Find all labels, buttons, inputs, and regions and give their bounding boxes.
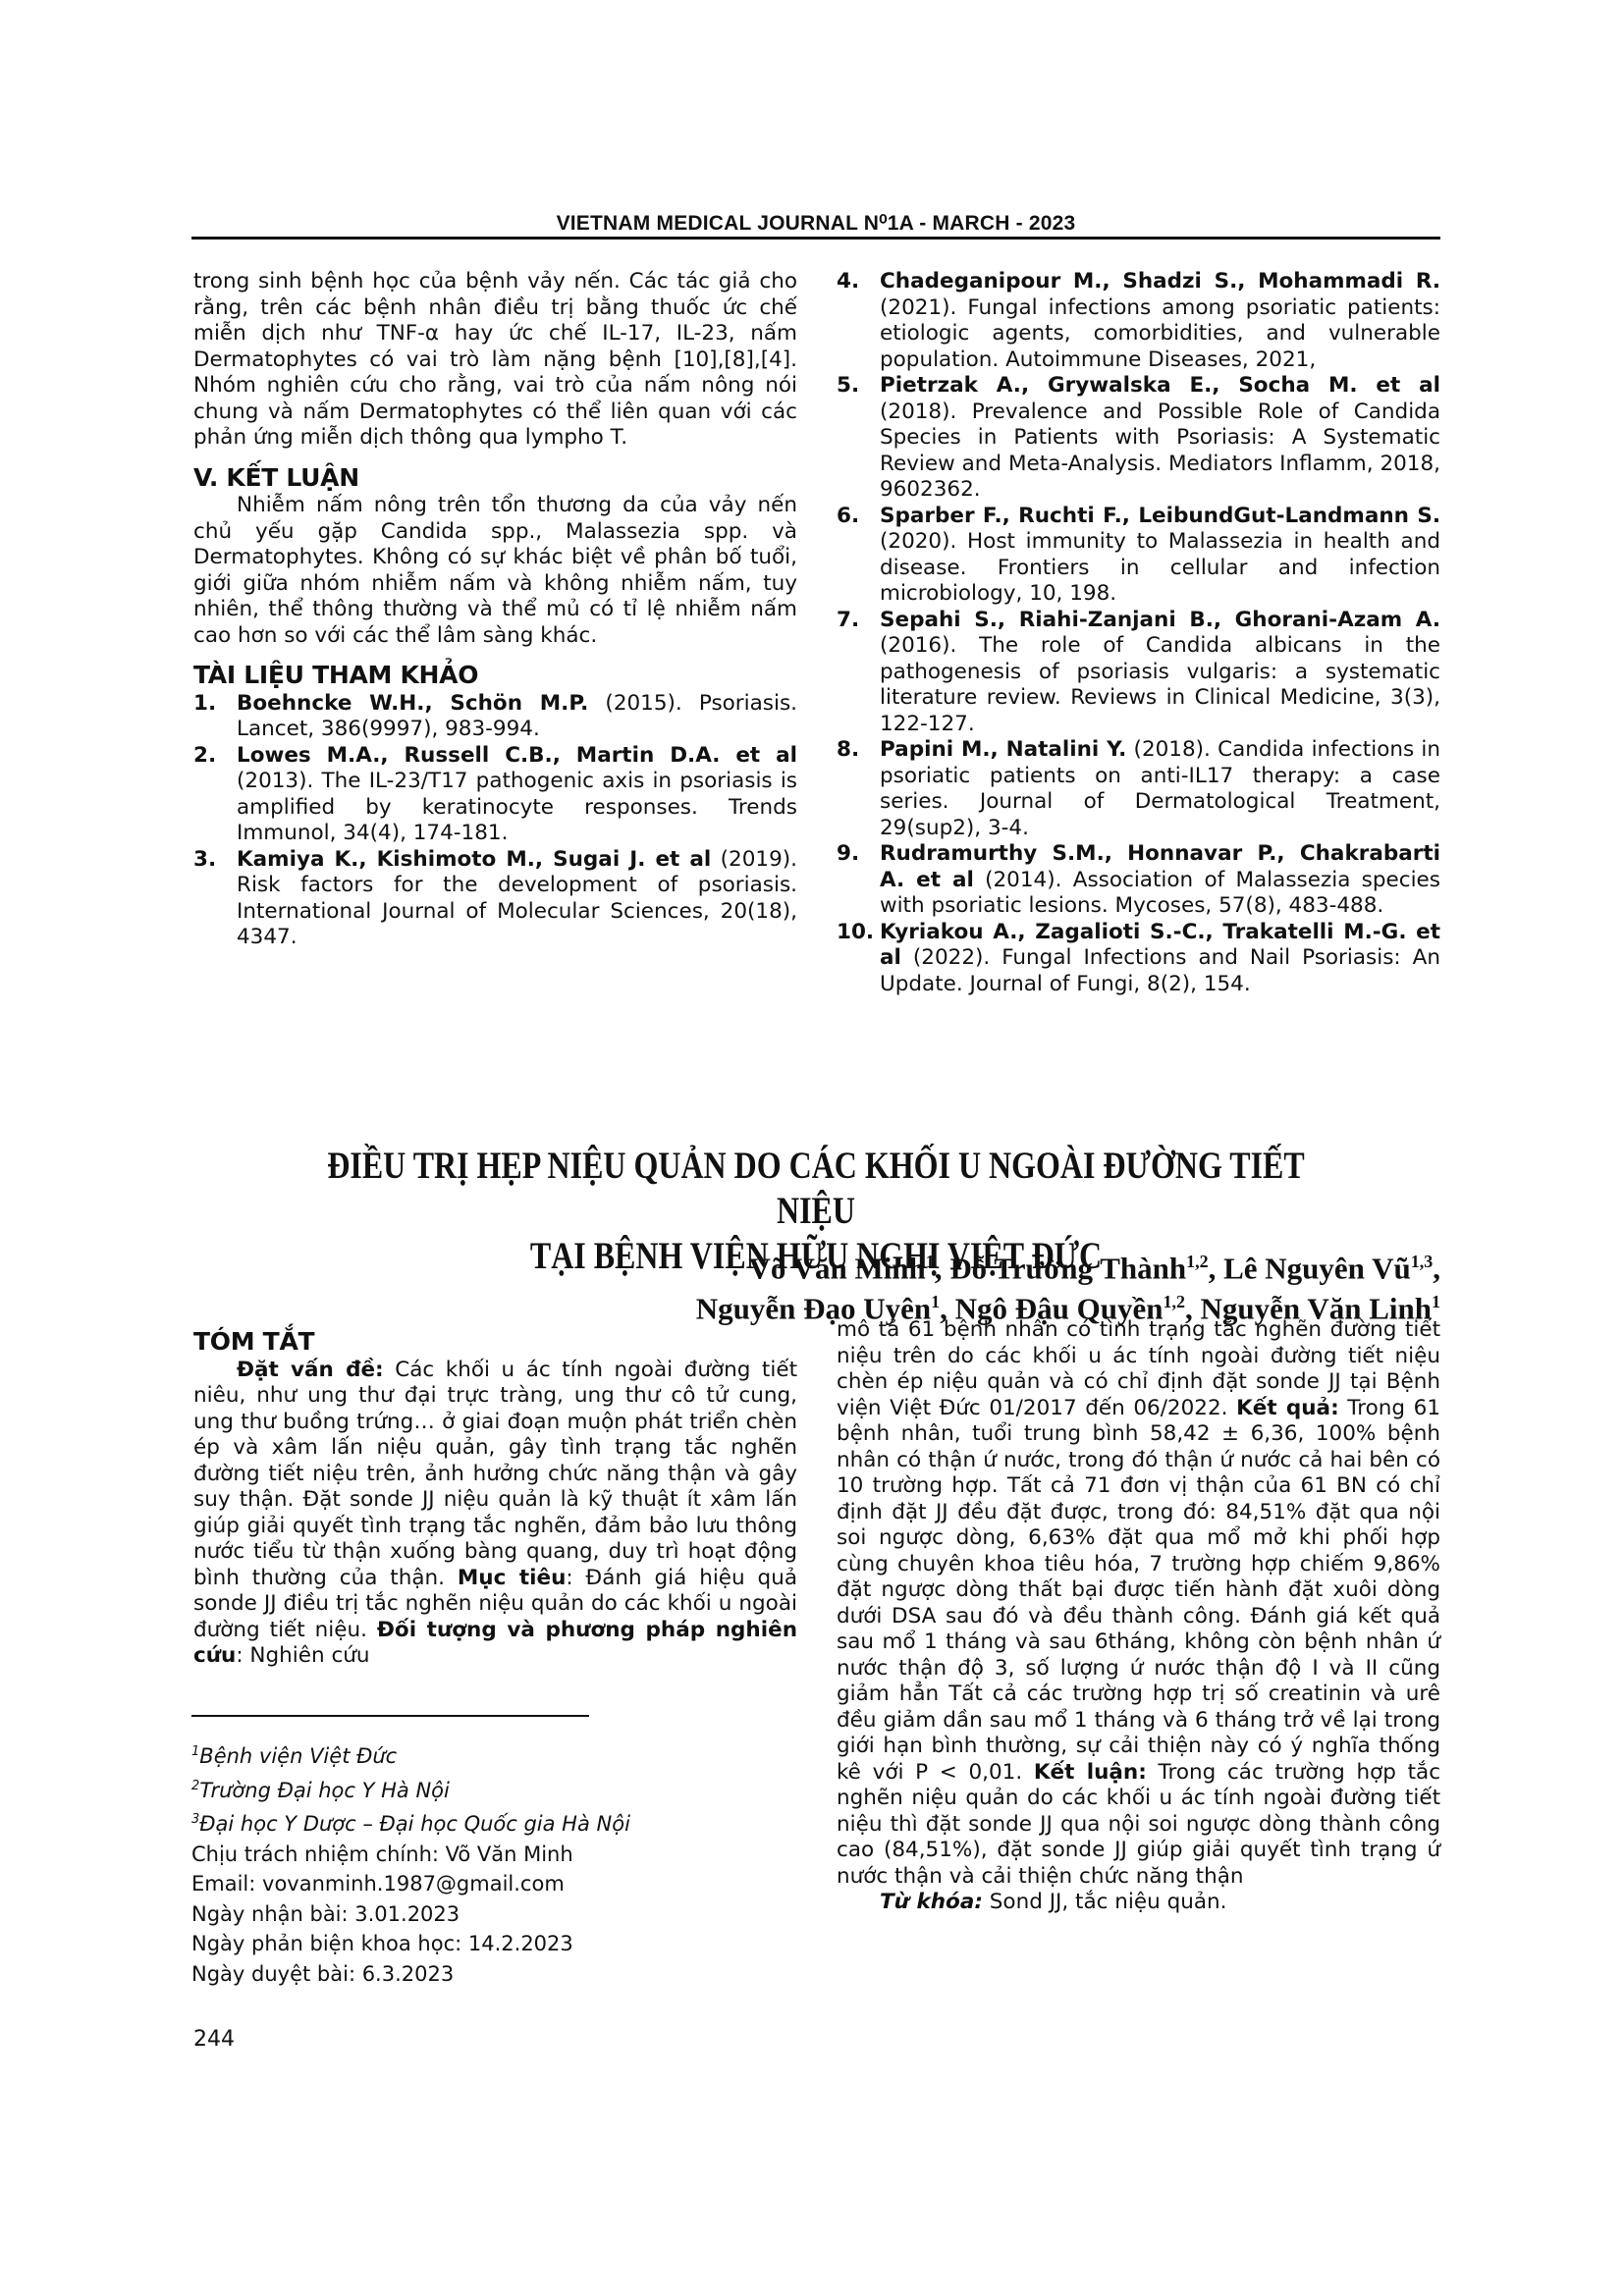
reference-authors: Papini M., Natalini Y. [880,737,1126,762]
abstract-continuation: mô tả 61 bệnh nhân có tình trạng tắc ngh… [837,1317,1440,1890]
reference-authors: Sepahi S., Riahi-Zanjani B., Ghorani-Aza… [880,608,1440,632]
discussion-tail: trong sinh bệnh học của bệnh vảy nến. Cá… [193,269,797,452]
abstract-left: TÓM TẮT Đặt vấn đề: Các khối u ác tính n… [193,1315,797,1670]
reference-item: 5.Pietrzak A., Grywalska E., Socha M. et… [837,373,1440,504]
reference-item: 2.Lowes M.A., Russell C.B., Martin D.A. … [193,743,797,847]
reference-authors: Pietrzak A., Grywalska E., Socha M. et a… [880,373,1440,398]
keywords: Từ khóa: Sond JJ, tắc niệu quản. [837,1890,1440,1916]
affiliation-2: 2Trường Đại học Y Hà Nội [191,1772,795,1806]
email: Email: vovanminh.1987@gmail.com [191,1869,795,1899]
abstract-paragraph: Đặt vấn đề: Các khối u ác tính ngoài đườ… [193,1358,797,1670]
affiliation-3: 3Đại học Y Dược – Đại học Quốc gia Hà Nộ… [191,1805,795,1840]
right-column-top: 4.Chadeganipour M., Shadzi S., Mohammadi… [837,269,1440,997]
author-name: Đỗ Trường Thành [949,1251,1186,1285]
reference-authors: Boehncke W.H., Schön M.P. [237,691,588,716]
title-line-1: ĐIỀU TRỊ HẸP NIỆU QUẢN DO CÁC KHỐI U NGO… [303,1144,1327,1234]
reference-authors: Kamiya K., Kishimoto M., Sugai J. et al [237,847,711,872]
author-list: Võ Văn Minh1, Đỗ Trường Thành1,2, Lê Ngu… [696,1245,1440,1326]
left-column-top: trong sinh bệnh học của bệnh vảy nến. Cá… [193,269,797,951]
abstract-heading: TÓM TẮT [193,1329,797,1356]
footnote-rule [191,1715,589,1717]
running-head: VIETNAM MEDICAL JOURNAL N⁰1A - MARCH - 2… [191,211,1440,236]
date-reviewed: Ngày phản biện khoa học: 14.2.2023 [191,1929,795,1959]
date-received: Ngày nhận bài: 3.01.2023 [191,1899,795,1930]
date-accepted: Ngày duyệt bài: 6.3.2023 [191,1959,795,1990]
reference-item: 10.Kyriakou A., Zagalioti S.-C., Trakate… [837,920,1440,998]
affiliation-1: 1Bệnh viện Việt Đức [191,1737,795,1772]
references-list-left: 1.Boehncke W.H., Schön M.P. (2015). Psor… [193,691,797,951]
reference-item: 3.Kamiya K., Kishimoto M., Sugai J. et a… [193,847,797,951]
corresponding-author: Chịu trách nhiệm chính: Võ Văn Minh [191,1840,795,1870]
conclusion-text: Nhiễm nấm nông trên tổn thương da của vả… [193,493,797,649]
references-heading: TÀI LIỆU THAM KHẢO [193,663,797,689]
reference-authors: Sparber F., Ruchti F., LeibundGut-Landma… [880,504,1440,528]
reference-authors: Chadeganipour M., Shadzi S., Mohammadi R… [880,269,1440,294]
reference-item: 7.Sepahi S., Riahi-Zanjani B., Ghorani-A… [837,608,1440,738]
footnotes: 1Bệnh viện Việt Đức 2Trường Đại học Y Hà… [191,1737,795,1989]
journal-page: VIETNAM MEDICAL JOURNAL N⁰1A - MARCH - 2… [0,0,1624,2296]
references-list-right: 4.Chadeganipour M., Shadzi S., Mohammadi… [837,269,1440,997]
abstract-right: mô tả 61 bệnh nhân có tình trạng tắc ngh… [837,1317,1440,1916]
author-name: Võ Văn Minh [748,1251,925,1285]
page-number: 244 [193,2027,235,2052]
author-name: Lê Nguyên Vũ [1223,1251,1411,1285]
reference-item: 1.Boehncke W.H., Schön M.P. (2015). Psor… [193,691,797,743]
header-rule [191,237,1440,240]
reference-item: 8.Papini M., Natalini Y. (2018). Candida… [837,737,1440,841]
reference-item: 4.Chadeganipour M., Shadzi S., Mohammadi… [837,269,1440,373]
reference-item: 9.Rudramurthy S.M., Honnavar P., Chakrab… [837,841,1440,920]
conclusion-heading: V. KẾT LUẬN [193,465,797,492]
reference-item: 6.Sparber F., Ruchti F., LeibundGut-Land… [837,504,1440,608]
reference-authors: Lowes M.A., Russell C.B., Martin D.A. et… [237,743,797,768]
